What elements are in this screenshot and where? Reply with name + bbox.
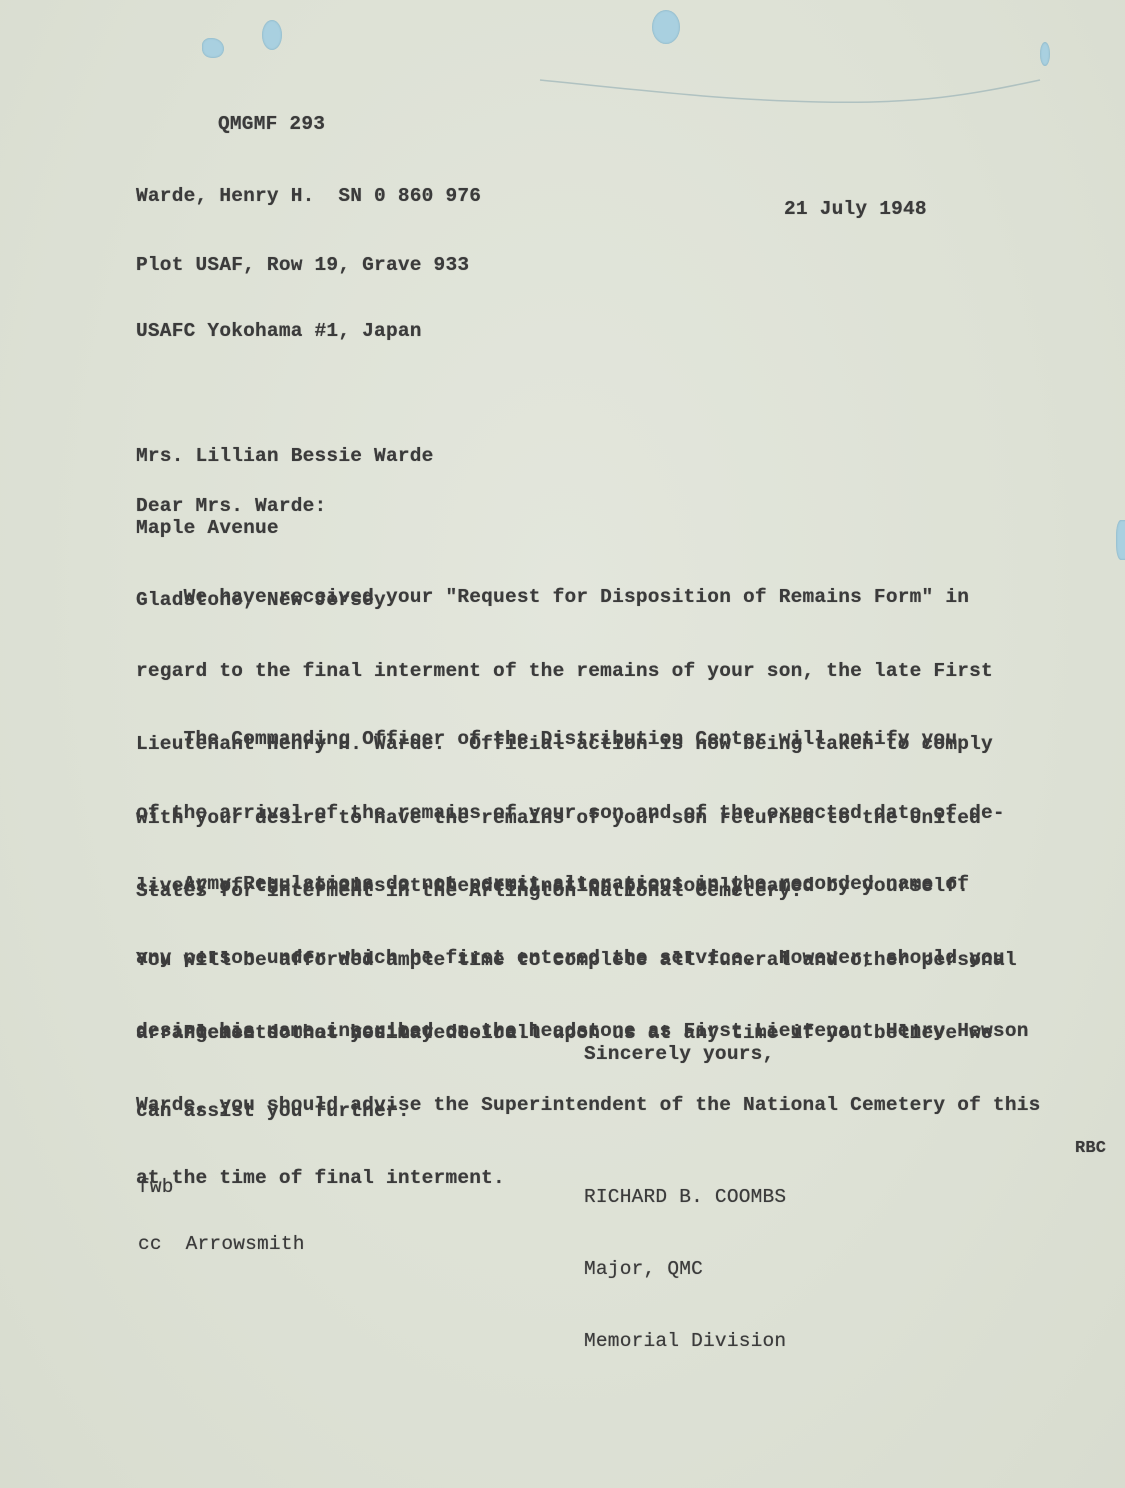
punch-hole [1116, 520, 1125, 560]
subject-line-name: Warde, Henry H. SN 0 860 976 [136, 184, 481, 208]
subject-block: Warde, Henry H. SN 0 860 976 Plot USAF, … [136, 136, 481, 391]
paragraph-line: Army Regulations do not permit alteratio… [136, 872, 1041, 897]
punch-hole [202, 38, 224, 58]
paragraph-line: of the arrival of the remains of your so… [136, 801, 1017, 826]
cc-line: cc Arrowsmith [138, 1235, 305, 1254]
paragraph-line: can assist you further. [136, 1098, 993, 1124]
signer-initials-mark: RBC [1075, 1137, 1106, 1161]
letter-date: 21 July 1948 [784, 197, 927, 221]
file-reference: QMGMF 293 [218, 112, 325, 136]
paragraph-line: We have received your "Request for Dispo… [136, 585, 993, 610]
signer-division: Memorial Division [584, 1329, 786, 1353]
recipient-name: Mrs. Lillian Bessie Warde [136, 444, 434, 468]
letter-paper: QMGMF 293 Warde, Henry H. SN 0 860 976 P… [0, 0, 1125, 1488]
signer-rank: Major, QMC [584, 1257, 786, 1281]
paper-crease [520, 60, 1080, 110]
punch-hole [262, 20, 282, 50]
subject-line-cemetery: USAFC Yokohama #1, Japan [136, 319, 481, 343]
paragraph-line: The Commanding Officer of the Distributi… [136, 727, 1017, 752]
punch-hole [652, 10, 680, 44]
closing: Sincerely yours, [584, 1042, 774, 1066]
salutation: Dear Mrs. Warde: [136, 494, 326, 518]
paragraph-line: Please do not hesitate to call upon us a… [136, 1020, 993, 1046]
signer-name: RICHARD B. COOMBS [584, 1185, 786, 1209]
typist-block: fwb cc Arrowsmith [138, 1140, 305, 1292]
signature-block: RICHARD B. COOMBS Major, QMC Memorial Di… [584, 1137, 786, 1401]
typist-initials: fwb [138, 1178, 305, 1197]
subject-line-plot: Plot USAF, Row 19, Grave 933 [136, 253, 481, 277]
paragraph-line: any person under which he first entered … [136, 946, 1041, 971]
